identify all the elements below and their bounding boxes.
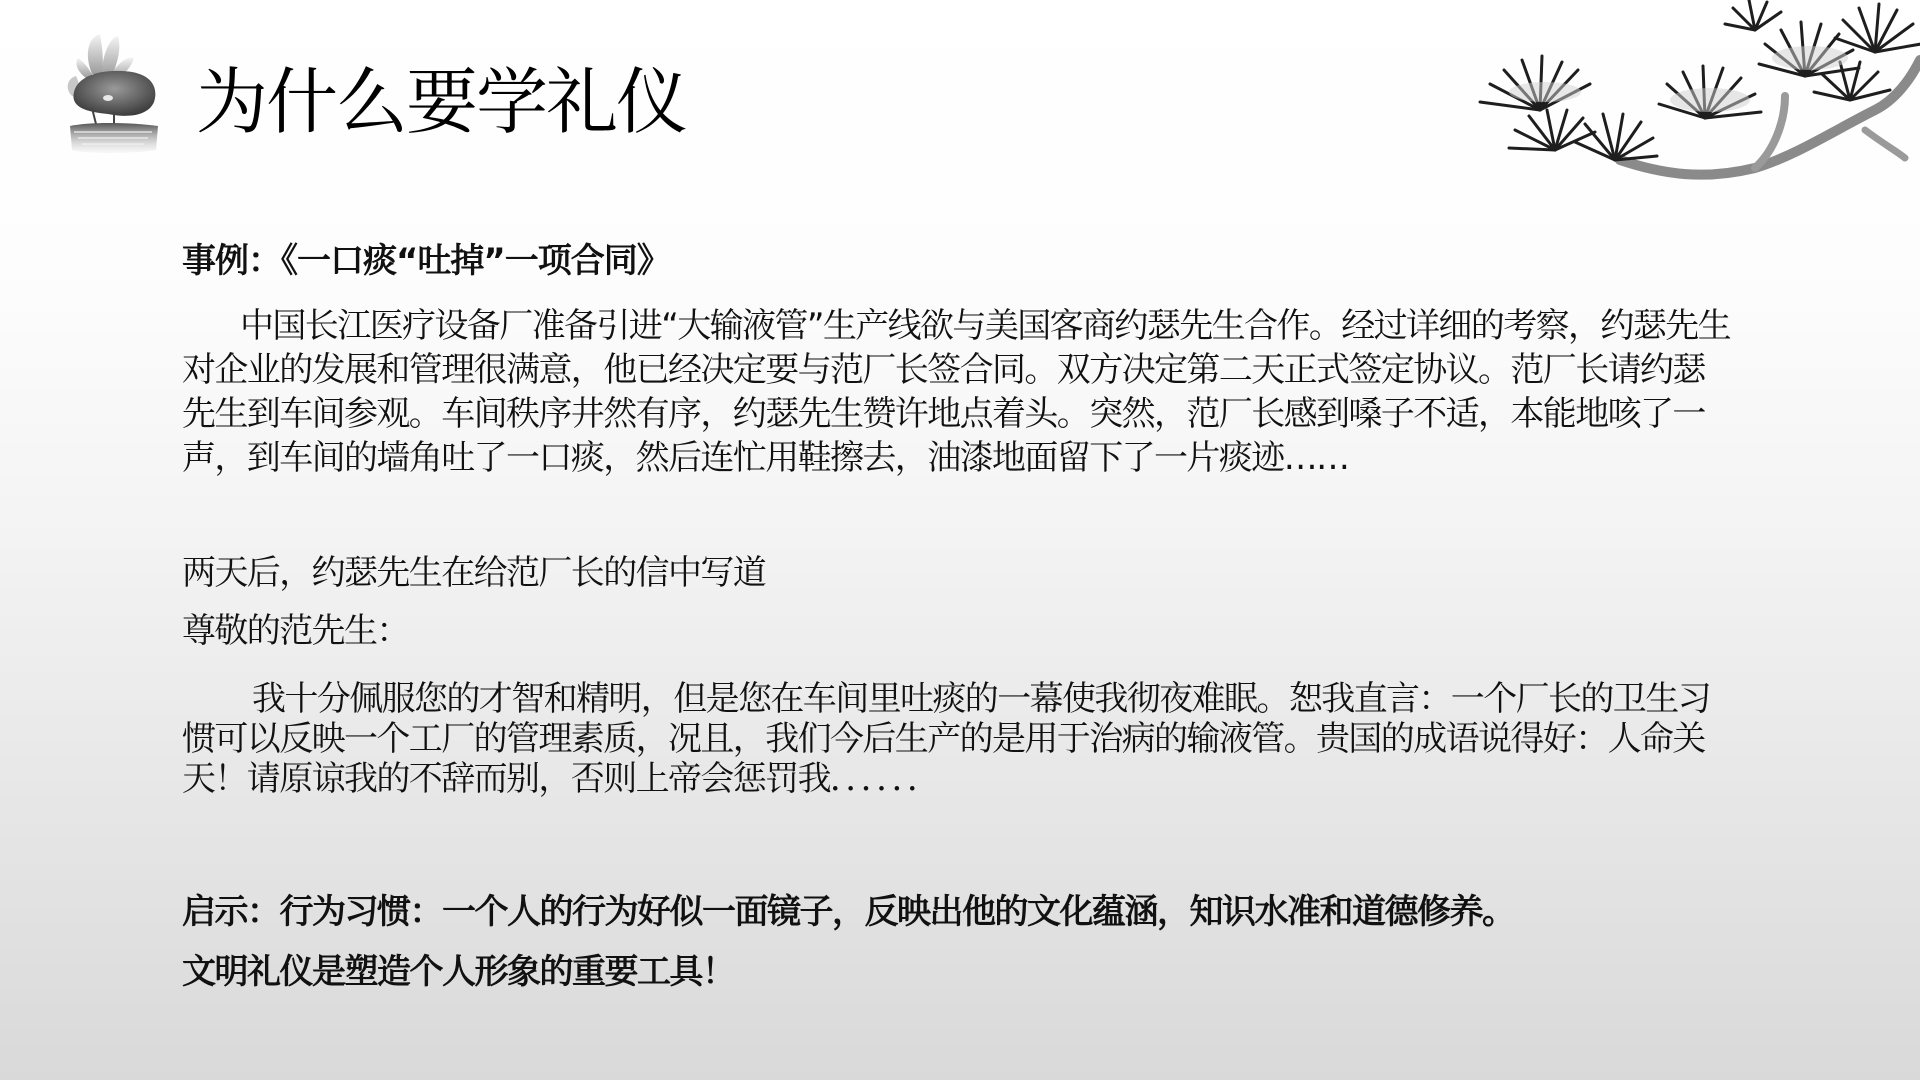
insight-line-1: 启示：行为习惯：一个人的行为好似一面镜子，反映出他的文化蕴涵，知识水准和道德修养… <box>182 890 1515 934</box>
story-paragraph: 中国长江医疗设备厂准备引进“大输液管”生产线欲与美国客商约瑟先生合作。经过详细的… <box>182 304 1732 480</box>
slide: 为什么要学礼仪 事例：《一口痰“吐掉”一项合同》 中国长江医疗设备厂准备引进“大… <box>0 0 1920 1080</box>
case-heading: 事例：《一口痰“吐掉”一项合同》 <box>182 236 670 286</box>
slide-title: 为什么要学礼仪 <box>196 54 686 150</box>
lotus-icon <box>58 32 170 156</box>
letter-body: 我十分佩服您的才智和精明，但是您在车间里吐痰的一幕使我彻夜难眠。恕我直言：一个厂… <box>182 679 1742 799</box>
letter-salutation: 尊敬的范先生： <box>182 609 409 653</box>
transition-line: 两天后，约瑟先生在给范厂长的信中写道 <box>182 551 765 595</box>
pine-branch-art <box>1455 0 1920 200</box>
insight-line-2: 文明礼仪是塑造个人形象的重要工具！ <box>182 950 735 994</box>
